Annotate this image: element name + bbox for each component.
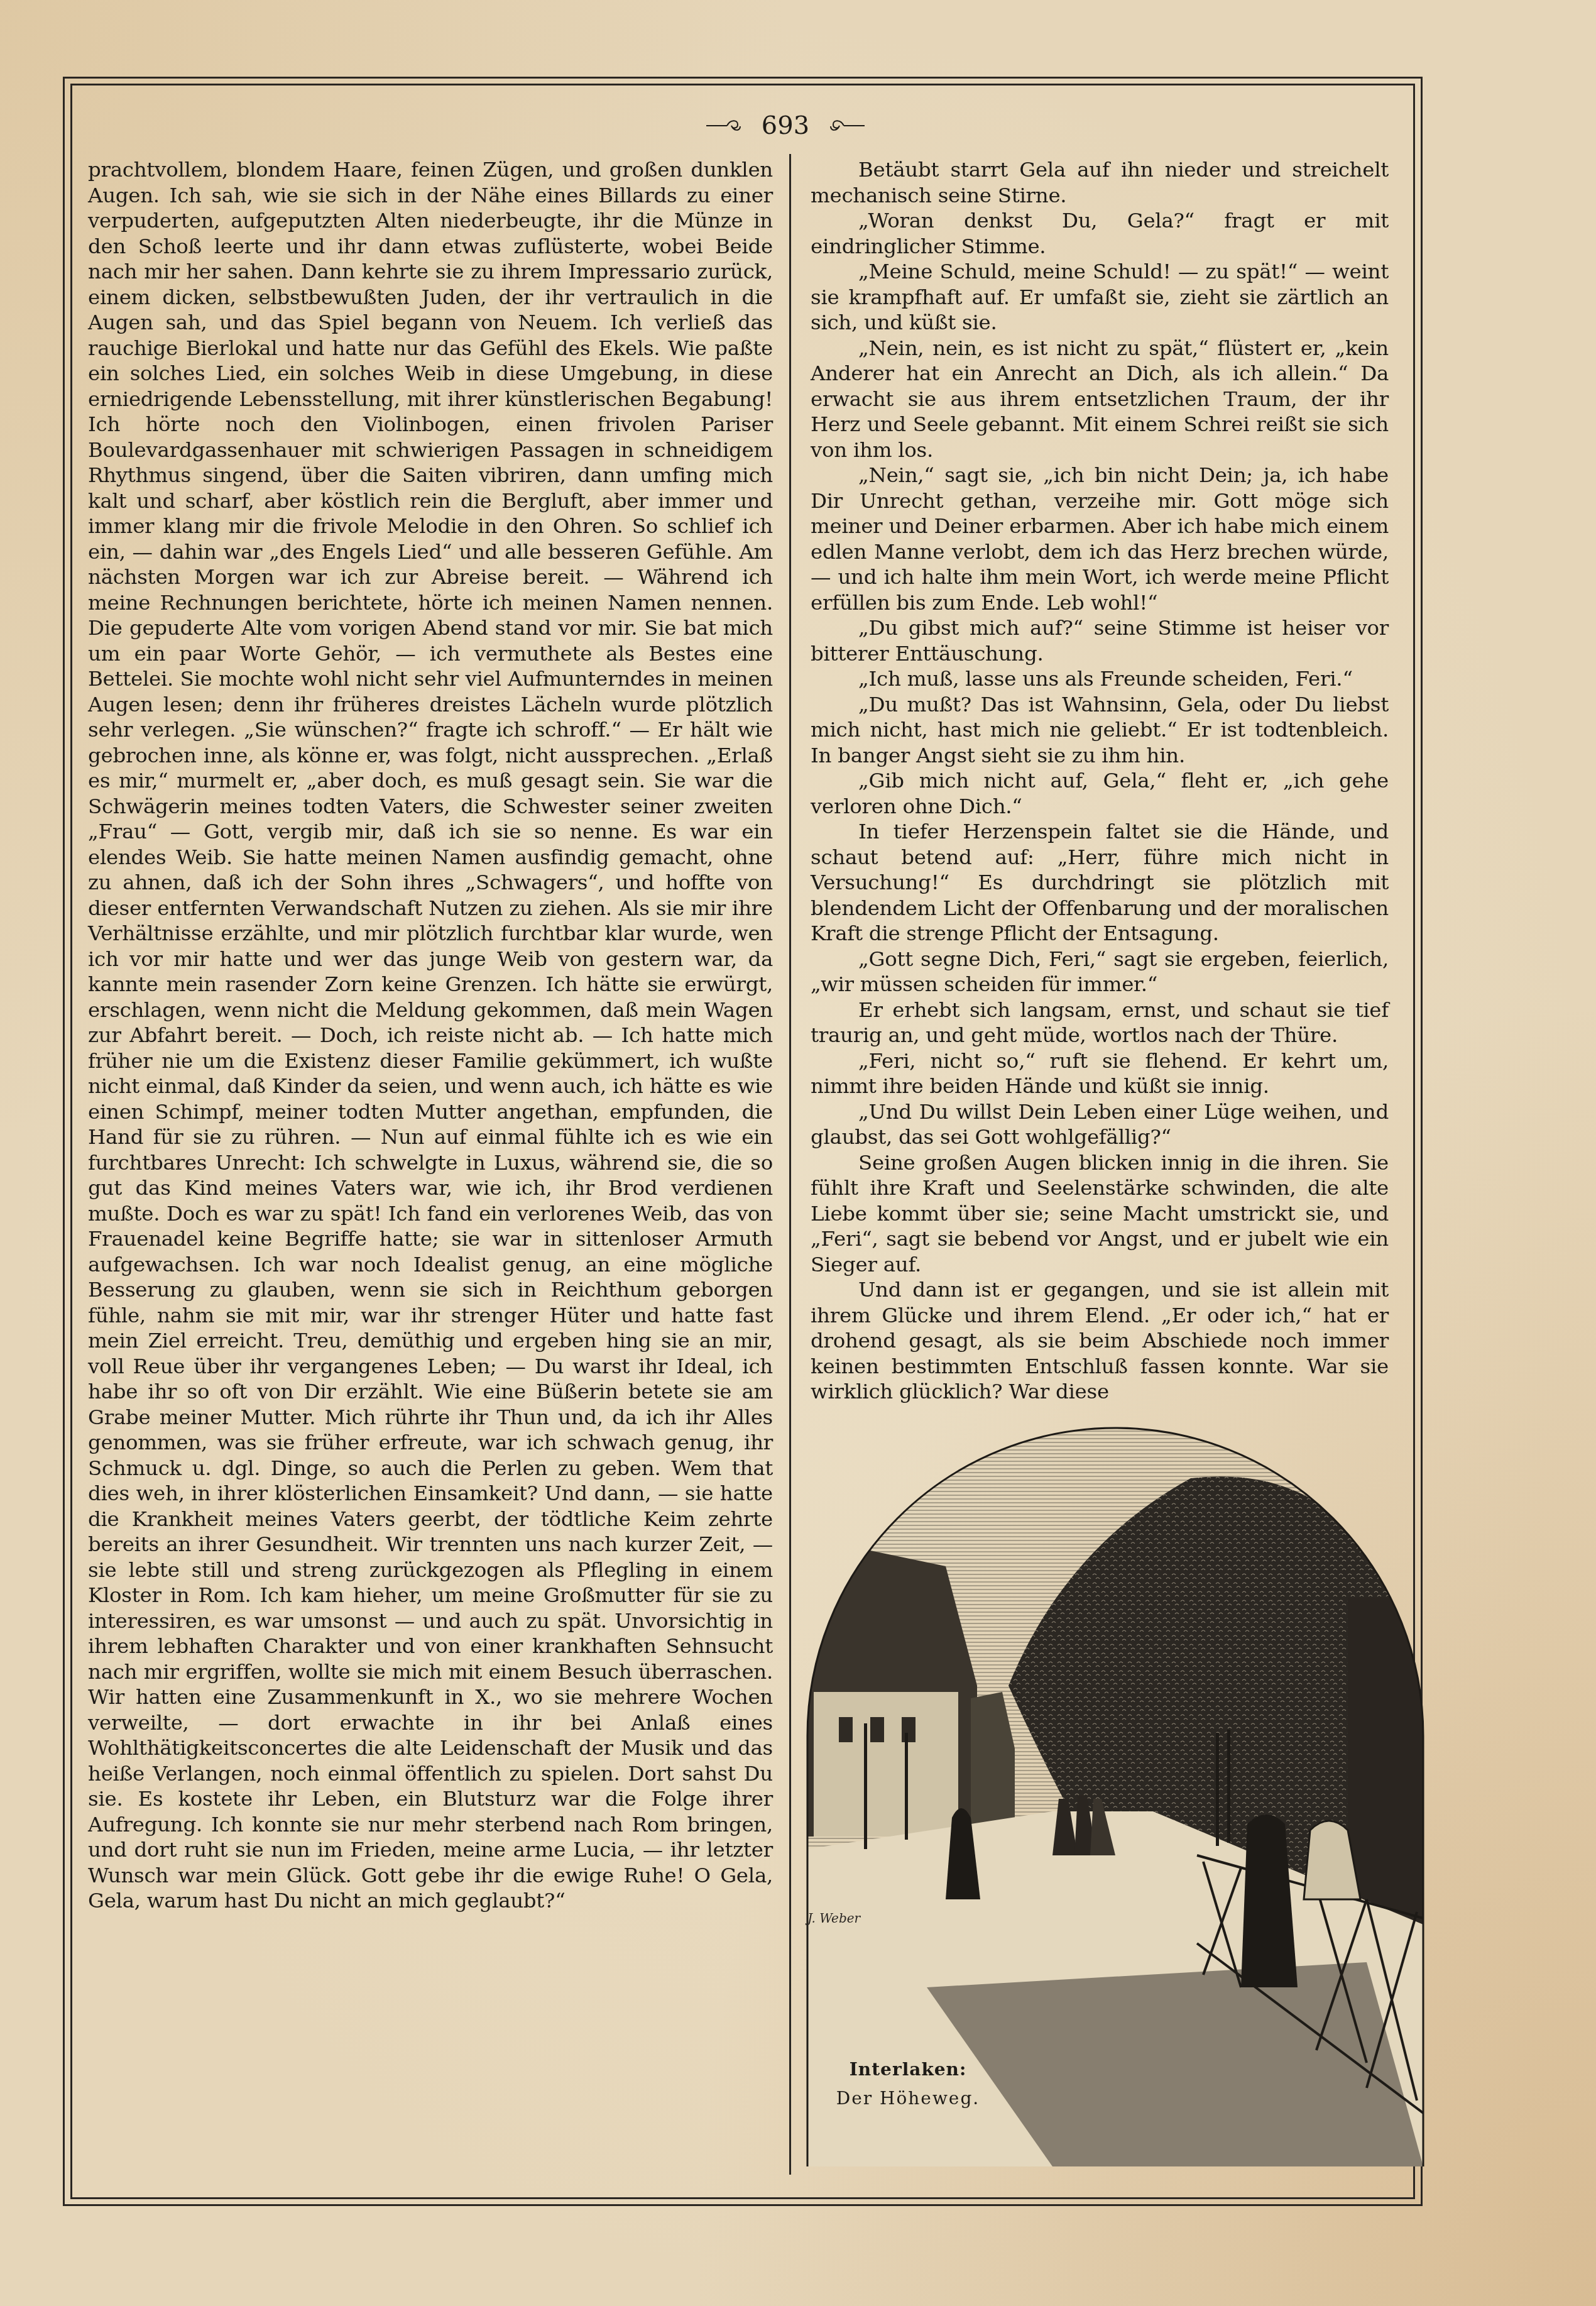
paragraph: „Du gibst mich auf?“ seine Stimme ist he…: [811, 615, 1389, 666]
ornament-left-icon: [705, 116, 743, 135]
page-number: 693: [762, 111, 809, 140]
paragraph: Seine großen Augen blicken innig in die …: [811, 1150, 1389, 1278]
right-column: Betäubt starrt Gela auf ihn nieder und s…: [811, 157, 1389, 1405]
paragraph: „Woran denkst Du, Gela?“ fragt er mit ei…: [811, 208, 1389, 259]
ornament-right-icon: [828, 116, 866, 135]
paragraph: Er erhebt sich langsam, ernst, und schau…: [811, 997, 1389, 1048]
paragraph: In tiefer Herzenspein faltet sie die Hän…: [811, 819, 1389, 947]
paragraph: „Nein,“ sagt sie, „ich bin nicht Dein; j…: [811, 463, 1389, 615]
caption-subtitle: Der Höheweg.: [829, 2084, 987, 2113]
paragraph: „Nein, nein, es ist nicht zu spät,“ flüs…: [811, 336, 1389, 463]
paragraph: Und dann ist er gegangen, und sie ist al…: [811, 1277, 1389, 1405]
illustration-caption: Interlaken: Der Höheweg.: [829, 2055, 987, 2113]
paragraph: „Du mußt? Das ist Wahnsinn, Gela, oder D…: [811, 692, 1389, 769]
paragraph: „Feri, nicht so,“ ruft sie flehend. Er k…: [811, 1048, 1389, 1099]
column-divider: [789, 154, 791, 2175]
paragraph: „Und Du willst Dein Leben einer Lüge wei…: [811, 1099, 1389, 1150]
paragraph: „Gott segne Dich, Feri,“ sagt sie ergebe…: [811, 947, 1389, 997]
paragraph: prachtvollem, blondem Haare, feinen Züge…: [88, 157, 773, 1914]
left-column: prachtvollem, blondem Haare, feinen Züge…: [88, 157, 773, 1914]
artist-signature: J. Weber: [807, 1911, 860, 1926]
paragraph: „Ich muß, lasse uns als Freunde scheiden…: [811, 666, 1389, 692]
caption-title: Interlaken:: [829, 2055, 987, 2084]
paragraph: „Meine Schuld, meine Schuld! — zu spät!“…: [811, 259, 1389, 336]
paragraph: Betäubt starrt Gela auf ihn nieder und s…: [811, 157, 1389, 208]
paragraph: „Gib mich nicht auf, Gela,“ fleht er, „i…: [811, 768, 1389, 819]
page-header: 693: [691, 104, 880, 148]
